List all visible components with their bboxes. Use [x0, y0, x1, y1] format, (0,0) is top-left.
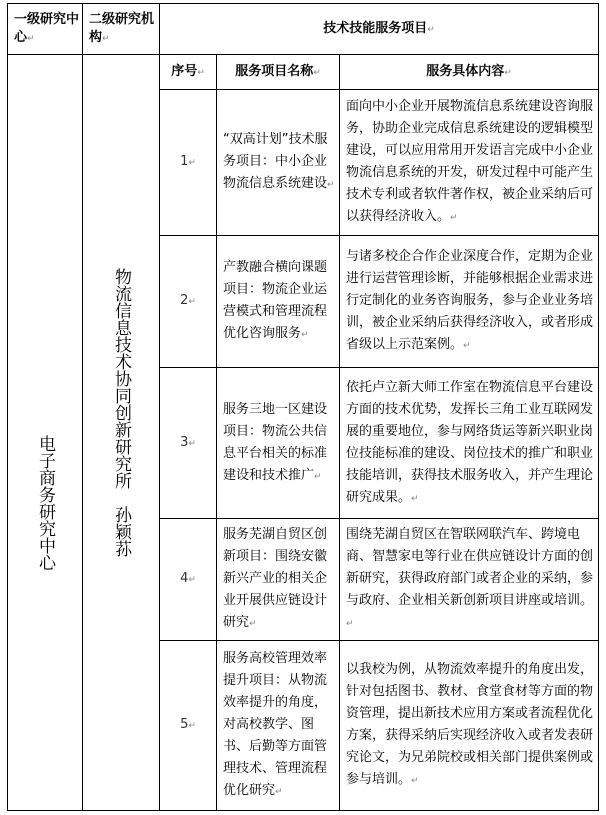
paragraph-mark-icon: ↵	[188, 158, 196, 168]
row-seq-no: 1↵	[160, 90, 217, 236]
paragraph-mark-icon: ↵	[102, 34, 110, 44]
row-project-content: 依托卢立新大师工作室在物流信息平台建设方面的技术优势，发挥长三角工业互联网发展的…	[340, 368, 599, 519]
row-project-name: 服务芜湖自贸区创新项目：围绕安徽新兴产业的相关企业开展供应链设计研究↵	[217, 519, 340, 641]
header-project-name: 服务项目名称↵	[217, 55, 340, 90]
header-seq-no: 序号↵	[160, 55, 217, 90]
row-project-content: 与诸多校企合作企业深度合作，定期为企业进行运营管理诊断，并能够根据企业需求进行定…	[340, 236, 599, 368]
row-project-content: 面向中小企业开展物流信息系统建设咨询服务，协助企业完成信息系统建设的逻辑模型建设…	[340, 90, 599, 236]
paragraph-mark-icon: ↵	[301, 330, 309, 340]
header-row-2: 电子商务研究中心 物流信息技术协同创新研究所 孙颖荪 序号↵ 服务项目名称↵ 服…	[8, 55, 599, 90]
row-project-name: 服务三地一区建设项目：物流公共信息平台相关的标准建设和技术推广↵	[217, 368, 340, 519]
paragraph-mark-icon: ↵	[411, 776, 419, 786]
level2-institute-cell: 物流信息技术协同创新研究所 孙颖荪	[83, 55, 160, 811]
paragraph-mark-icon: ↵	[411, 494, 419, 504]
row-seq-no: 4↵	[160, 519, 217, 641]
level1-center-name: 电子商务研究中心	[34, 435, 56, 571]
row-project-content: 以我校为例，从物流效率提升的角度出发，针对包括图书、教材、食堂食材等方面的物资管…	[340, 641, 599, 811]
paragraph-mark-icon: ↵	[463, 341, 471, 351]
row-seq-no: 2↵	[160, 236, 217, 368]
paragraph-mark-icon: ↵	[313, 68, 321, 78]
header-row-1: 一级研究中心↵ 二级研究机构↵ 技术技能服务项目↵	[8, 4, 599, 55]
level1-center-cell: 电子商务研究中心	[8, 55, 83, 811]
row-project-name: 服务高校管理效率提升项目：从物流效率提升的角度，对高校教学、图书、后勤等方面管理…	[217, 641, 340, 811]
paragraph-mark-icon: ↵	[314, 472, 322, 482]
paragraph-mark-icon: ↵	[504, 68, 512, 78]
row-project-content: 围绕芜湖自贸区在智联网联汽车、跨境电商、智慧家电等行业在供应链设计方面的创新研究…	[340, 519, 599, 641]
header-level2-institute: 二级研究机构↵	[83, 4, 160, 55]
header-level1-center: 一级研究中心↵	[8, 4, 83, 55]
paragraph-mark-icon: ↵	[275, 787, 283, 797]
row-project-name: 产教融合横向课题项目：物流企业运营模式和管理流程优化咨询服务↵	[217, 236, 340, 368]
paragraph-mark-icon: ↵	[197, 68, 205, 78]
paragraph-mark-icon: ↵	[327, 180, 335, 190]
row-seq-no: 5↵	[160, 641, 217, 811]
paragraph-mark-icon: ↵	[450, 213, 458, 223]
paragraph-mark-icon: ↵	[427, 25, 435, 35]
paragraph-mark-icon: ↵	[188, 575, 196, 585]
paragraph-mark-icon: ↵	[188, 297, 196, 307]
row-seq-no: 3↵	[160, 368, 217, 519]
paragraph-mark-icon: ↵	[188, 721, 196, 731]
service-projects-table: 一级研究中心↵ 二级研究机构↵ 技术技能服务项目↵ 电子商务研究中心 物流信息技…	[7, 3, 599, 811]
paragraph-mark-icon: ↵	[249, 619, 257, 629]
paragraph-mark-icon: ↵	[188, 439, 196, 449]
header-service-projects: 技术技能服务项目↵	[160, 4, 599, 55]
level2-institute-name: 物流信息技术协同创新研究所 孙颖荪	[110, 268, 132, 557]
row-project-name: “双高计划”技术服务项目：中小企业物流信息系统建设↵	[217, 90, 340, 236]
paragraph-mark-icon: ↵	[346, 619, 354, 629]
header-project-content: 服务具体内容↵	[340, 55, 599, 90]
paragraph-mark-icon: ↵	[27, 34, 35, 44]
